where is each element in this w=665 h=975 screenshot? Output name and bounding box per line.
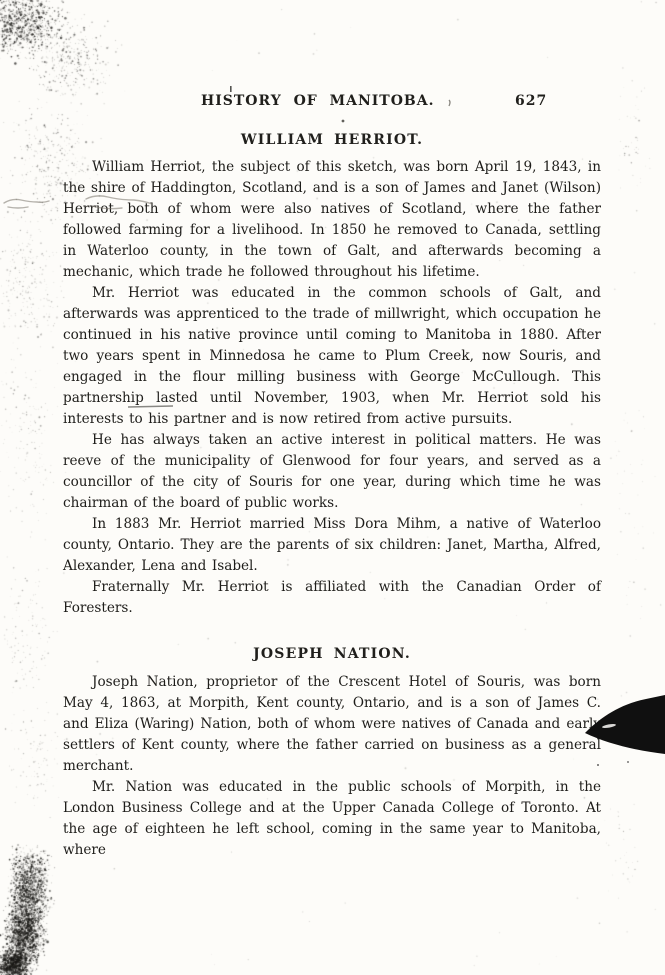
stray-tick-mark: [230, 86, 232, 92]
text-column: HISTORY OF MANITOBA. 627 WILLIAM HERRIOT…: [63, 93, 601, 861]
scanned-book-page: HISTORY OF MANITOBA. 627 WILLIAM HERRIOT…: [0, 0, 665, 975]
paragraph: In 1883 Mr. Herriot married Miss Dora Mi…: [63, 514, 601, 577]
paragraph: William Herriot, the subject of this ske…: [63, 157, 601, 283]
paragraph: Fraternally Mr. Herriot is affiliated wi…: [63, 577, 601, 619]
paragraph: Mr. Herriot was educated in the common s…: [63, 283, 601, 430]
section-heading-joseph-nation: JOSEPH NATION.: [63, 646, 601, 662]
section-heading-william-herriot: WILLIAM HERRIOT.: [63, 132, 601, 148]
running-head: HISTORY OF MANITOBA. 627: [63, 93, 601, 111]
paragraph: Joseph Nation, proprietor of the Crescen…: [63, 672, 601, 777]
paragraph: Mr. Nation was educated in the public sc…: [63, 777, 601, 861]
page-number: 627: [515, 93, 547, 109]
paragraph: He has always taken an active interest i…: [63, 430, 601, 514]
running-title: HISTORY OF MANITOBA.: [201, 93, 434, 109]
